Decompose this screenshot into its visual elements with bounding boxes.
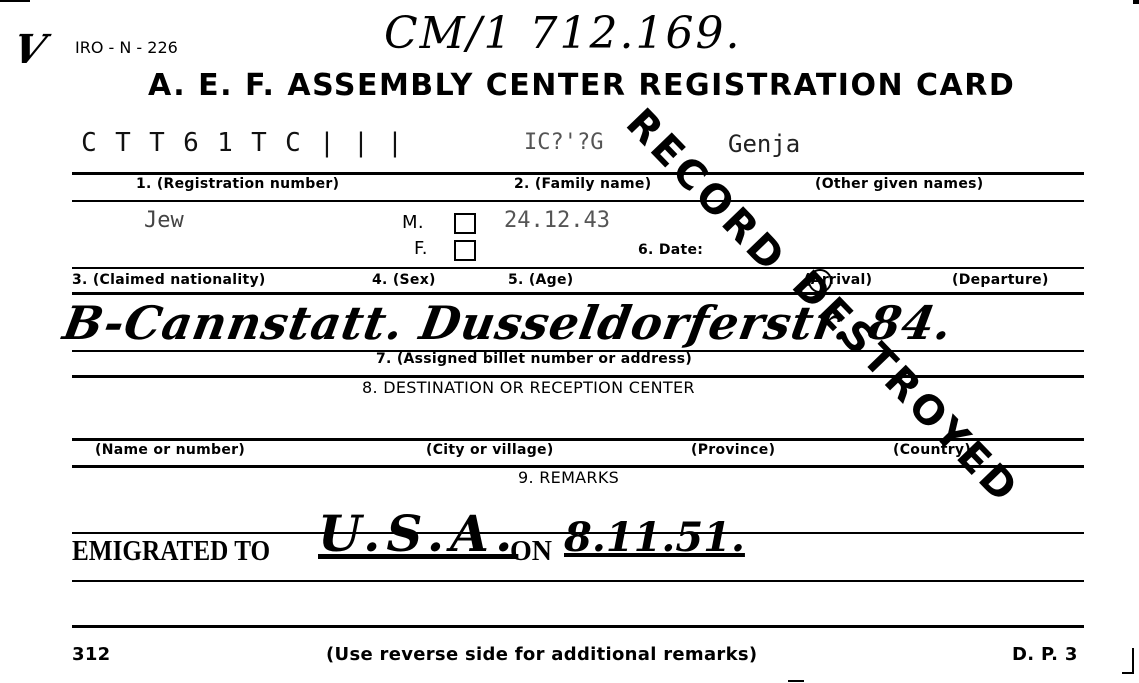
sex-label: 4. (Sex) xyxy=(372,272,436,288)
remarks-typed-mid: ON xyxy=(510,536,552,568)
rule-4 xyxy=(72,292,1084,295)
nationality-value[interactable]: Jew xyxy=(144,208,184,233)
checkmark: V xyxy=(9,26,50,73)
reg-digit: T xyxy=(106,128,140,158)
sex-m-checkbox[interactable] xyxy=(454,213,476,234)
rule-1 xyxy=(72,172,1084,175)
reg-digit: T xyxy=(242,128,276,158)
remarks-line[interactable]: EMIGRATED TO U.S.A. ON 8.11.51. xyxy=(72,502,1084,572)
reg-digit: C xyxy=(72,128,106,158)
sex-f-checkbox[interactable] xyxy=(454,240,476,261)
age-value[interactable]: 24.12.43 xyxy=(504,208,610,233)
reg-digit: T xyxy=(140,128,174,158)
remarks-typed-prefix: EMIGRATED TO xyxy=(72,536,270,568)
reg-digit: | xyxy=(344,128,378,158)
footer-center: (Use reverse side for additional remarks… xyxy=(326,644,757,665)
sex-m-label: M. xyxy=(402,212,424,233)
reg-digit: C xyxy=(276,128,310,158)
sex-f-label: F. xyxy=(414,238,428,259)
reg-digit: | xyxy=(378,128,412,158)
destination-heading: 8. DESTINATION OR RECEPTION CENTER xyxy=(362,378,695,397)
dest-name-label: (Name or number) xyxy=(95,442,245,458)
reg-digit: 1 xyxy=(208,128,242,158)
nationality-label: 3. (Claimed nationality) xyxy=(72,272,266,288)
reg-digit: 6 xyxy=(174,128,208,158)
dest-city-label: (City or village) xyxy=(426,442,554,458)
edge-corner xyxy=(1122,648,1134,674)
footer-right: D. P. 3 xyxy=(1012,644,1078,665)
handwritten-reference: CM/1 712.169. xyxy=(384,8,741,59)
edge-mark xyxy=(1133,0,1139,4)
edge-mark xyxy=(0,0,30,2)
registration-number-label: 1. (Registration number) xyxy=(136,176,339,192)
reg-digit: | xyxy=(310,128,344,158)
rule-11 xyxy=(72,625,1084,628)
dest-province-label: (Province) xyxy=(691,442,775,458)
card-title: A. E. F. ASSEMBLY CENTER REGISTRATION CA… xyxy=(148,68,1015,103)
registration-number-field[interactable]: CTT61TC||| xyxy=(72,128,420,164)
remarks-date: 8.11.51. xyxy=(564,514,745,561)
departure-label[interactable]: (Departure) xyxy=(952,272,1049,288)
given-names-value[interactable]: Genja xyxy=(728,130,800,158)
rule-5 xyxy=(72,350,1084,352)
family-name-label: 2. (Family name) xyxy=(514,176,651,192)
form-code: IRO - N - 226 xyxy=(75,38,178,57)
remarks-heading: 9. REMARKS xyxy=(518,468,619,487)
date-label: 6. Date: xyxy=(638,242,703,258)
age-label: 5. (Age) xyxy=(508,272,573,288)
billet-label: 7. (Assigned billet number or address) xyxy=(376,351,692,367)
footer-left: 312 xyxy=(72,644,110,665)
rule-3 xyxy=(72,267,1084,269)
edge-mark xyxy=(788,680,804,682)
family-name-value[interactable]: IC?'?G xyxy=(524,130,603,155)
rule-9 xyxy=(72,532,1084,534)
given-names-label: (Other given names) xyxy=(815,176,983,192)
rule-10 xyxy=(72,580,1084,582)
rule-2 xyxy=(72,200,1084,202)
